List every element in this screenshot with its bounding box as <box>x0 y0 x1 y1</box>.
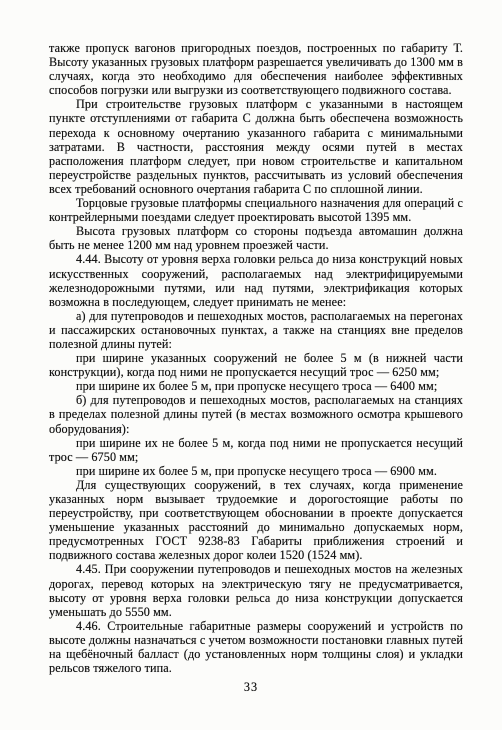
paragraph: при ширине их более 5 м, при пропуске не… <box>49 379 463 393</box>
paragraph: Торцовые грузовые платформы специального… <box>49 196 463 224</box>
paragraph: Высота грузовых платформ со стороны подъ… <box>49 224 463 252</box>
document-page: также пропуск вагонов пригородных поездо… <box>0 0 502 730</box>
paragraph: также пропуск вагонов пригородных поездо… <box>49 41 463 97</box>
document-text: также пропуск вагонов пригородных поездо… <box>49 41 463 675</box>
page-number: 33 <box>0 680 502 695</box>
paragraph: при ширине их более 5 м, при пропуске не… <box>49 464 463 478</box>
paragraph: при ширине их не более 5 м, когда под ни… <box>49 436 463 464</box>
paragraph: При строительстве грузовых платформ с ук… <box>49 97 463 196</box>
paragraph: б) для путепроводов и пешеходных мостов,… <box>49 393 463 435</box>
paragraph: 4.45. При сооружении путепроводов и пеше… <box>49 562 463 618</box>
paragraph: 4.46. Строительные габаритные размеры со… <box>49 619 463 675</box>
paragraph: Для существующих сооружений, в тех случа… <box>49 478 463 563</box>
paragraph: 4.44. Высоту от уровня верха головки рел… <box>49 252 463 308</box>
paragraph: а) для путепроводов и пешеходных мостов,… <box>49 309 463 351</box>
paragraph: при ширине указанных сооружений не более… <box>49 351 463 379</box>
